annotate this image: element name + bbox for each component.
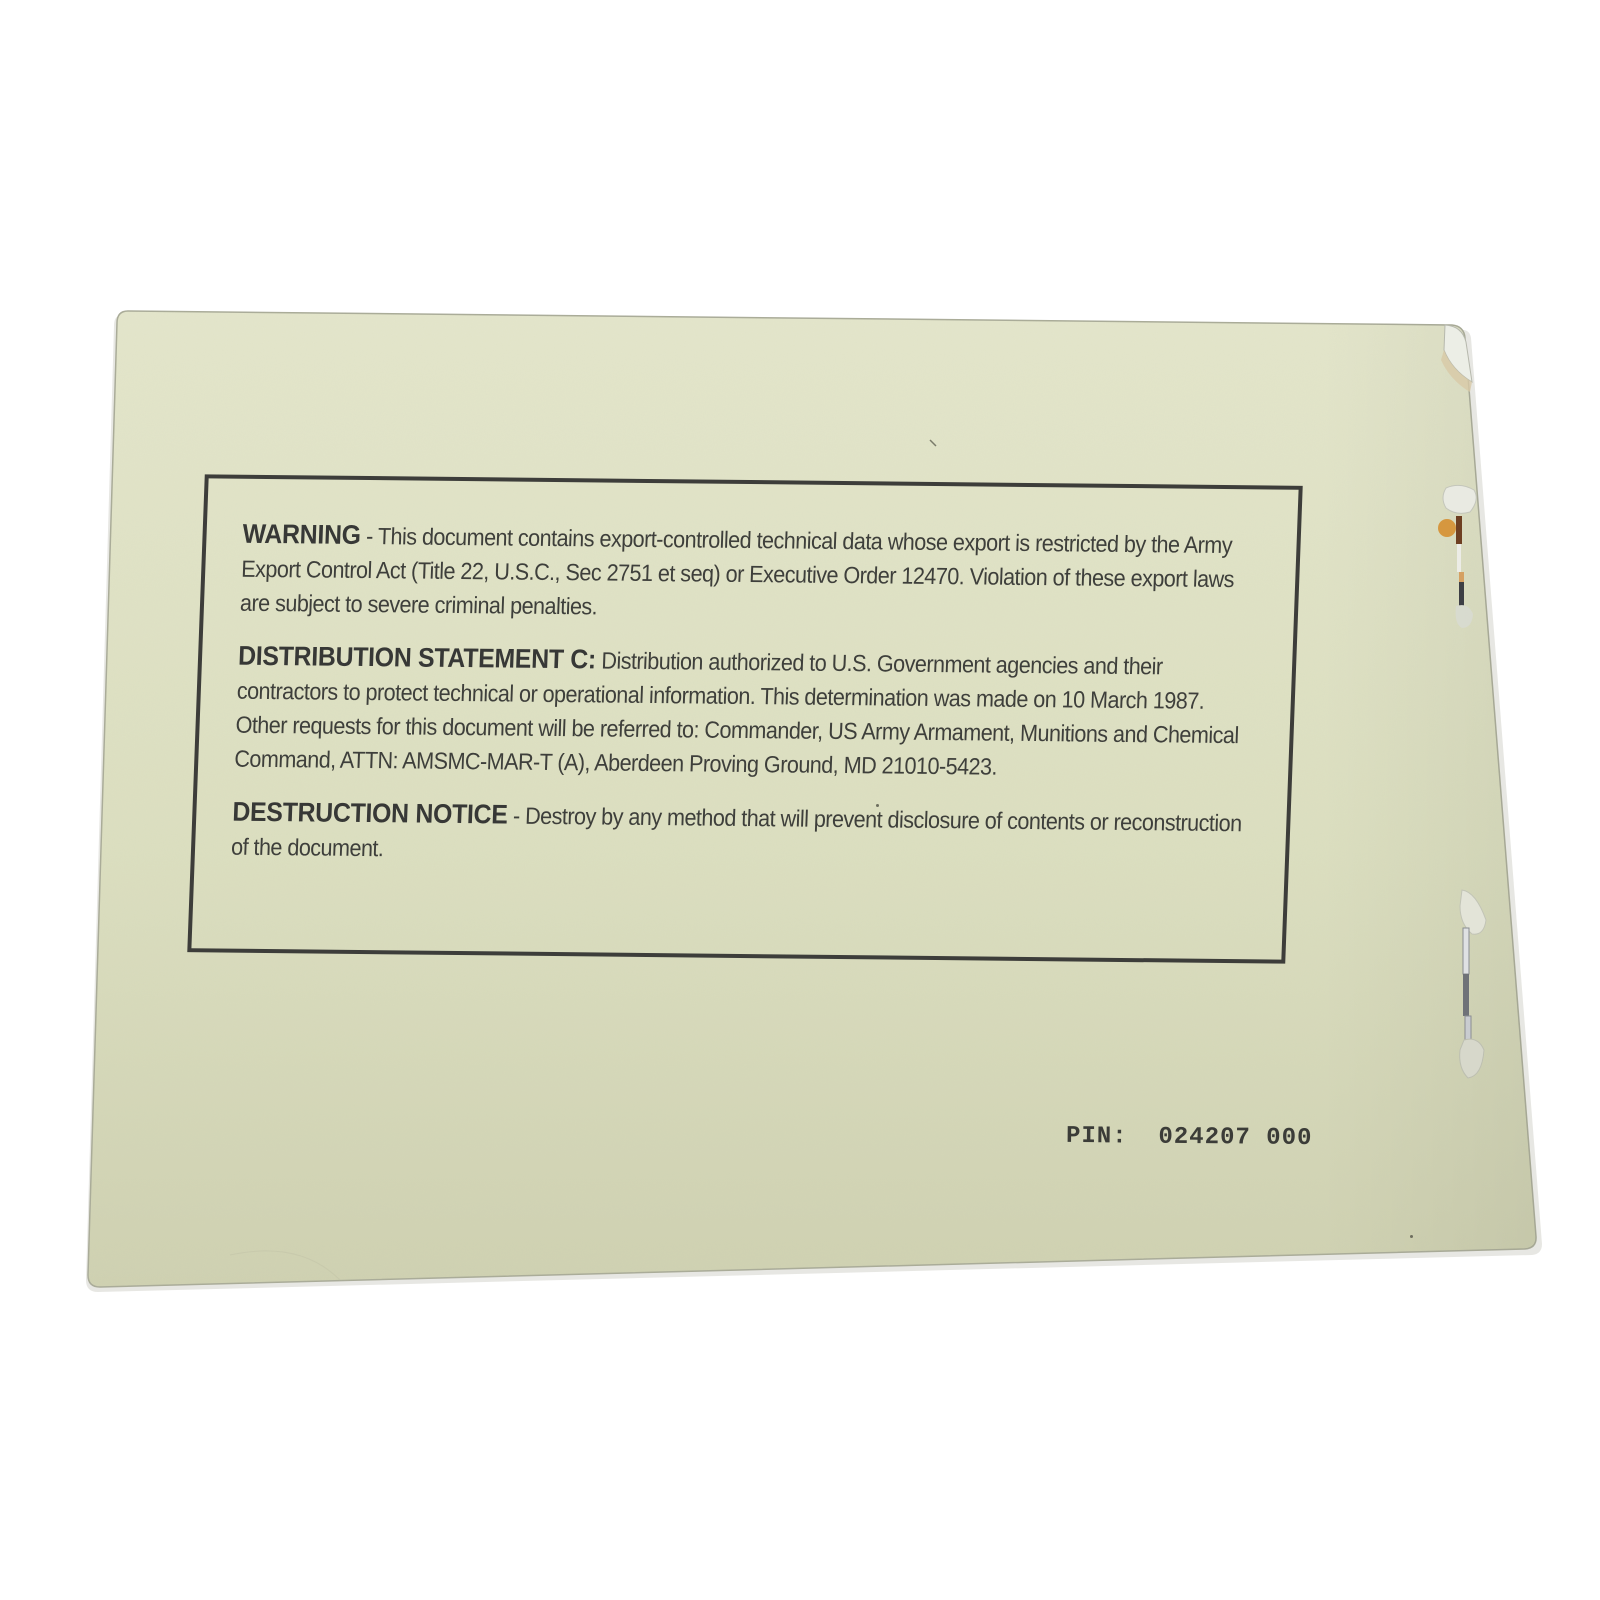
paper-speck bbox=[876, 804, 879, 807]
warning-notice: WARNING - This document contains export-… bbox=[239, 517, 1264, 631]
pin-label: PIN: bbox=[1066, 1123, 1128, 1151]
destruction-heading: DESTRUCTION NOTICE bbox=[232, 797, 508, 830]
pin-value: 024207 000 bbox=[1158, 1124, 1312, 1152]
warning-body: This document contains export-controlled… bbox=[240, 523, 1235, 619]
notice-text-block: WARNING - This document contains export-… bbox=[230, 517, 1265, 894]
distribution-statement: DISTRIBUTION STATEMENT C: Distribution a… bbox=[234, 639, 1260, 787]
pin-number: PIN: 024207 000 bbox=[1066, 1123, 1313, 1152]
destruction-separator: - bbox=[507, 803, 526, 829]
paper-speck bbox=[1410, 1235, 1413, 1238]
notice-box: WARNING - This document contains export-… bbox=[187, 474, 1302, 963]
document-content: WARNING - This document contains export-… bbox=[0, 0, 1600, 1600]
destruction-notice: DESTRUCTION NOTICE - Destroy by any meth… bbox=[231, 795, 1255, 875]
warning-heading: WARNING bbox=[242, 519, 361, 550]
warning-separator: - bbox=[360, 523, 378, 549]
distribution-heading: DISTRIBUTION STATEMENT C: bbox=[238, 641, 597, 675]
